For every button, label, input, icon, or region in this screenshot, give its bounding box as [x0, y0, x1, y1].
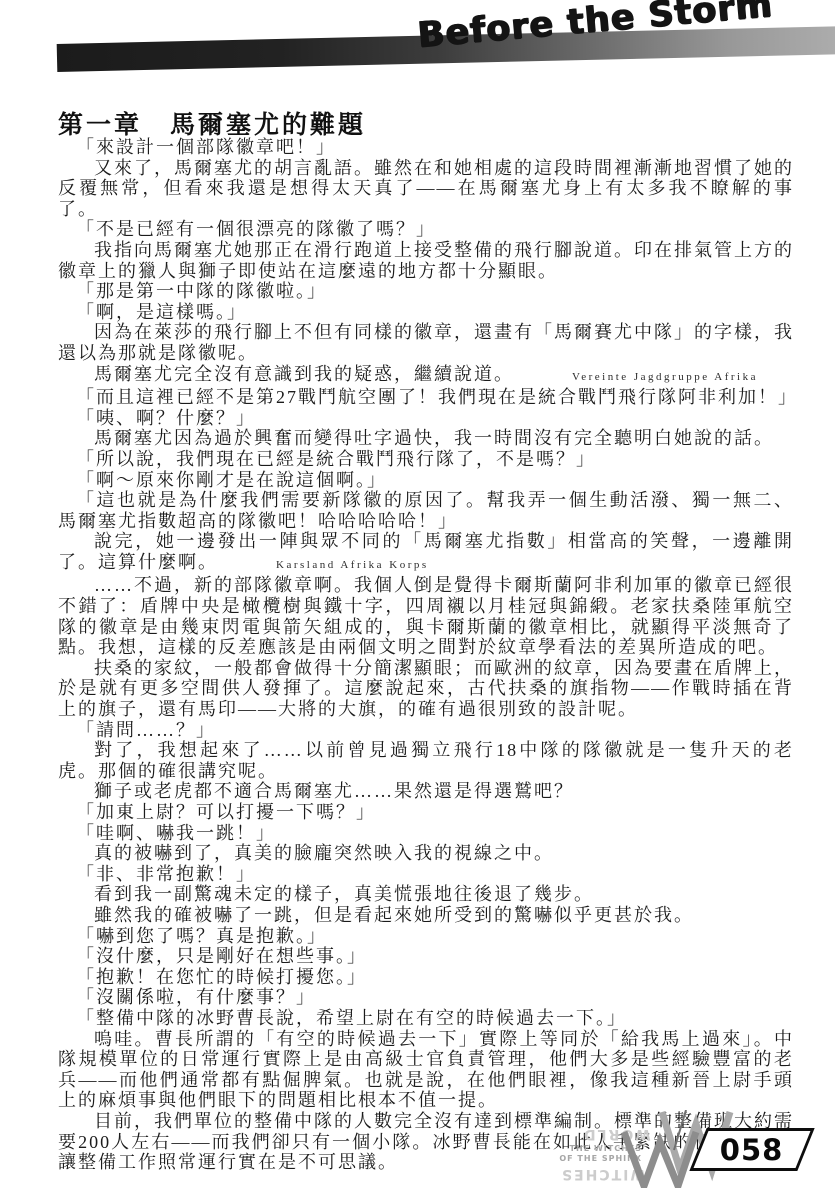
paragraph: 「而且這裡已經不是第27戰鬥航空團了！我們現在是統合戰鬥飛行隊阿非利加！」 [58, 387, 794, 408]
chapter-title: 第一章 馬爾塞尤的難題 [58, 105, 366, 141]
paragraph: 「哇啊、嚇我一跳！」 [58, 823, 794, 844]
paragraph: 雖然我的確被嚇了一跳，但是看起來她所受到的驚嚇似乎更甚於我。 [58, 905, 794, 926]
paragraph: 「加東上尉？可以打擾一下嗎？」 [58, 802, 794, 823]
latin-ruby-annotation: Vereinte Jagdgruppe Afrika [572, 371, 758, 383]
page-number: 058 [720, 1133, 784, 1167]
paragraph: 嗚哇。曹長所謂的「有空的時候過去一下」實際上等同於「給我馬上過來」。中隊規模單位… [58, 1029, 794, 1111]
paragraph: 「這也就是為什麼我們需要新隊徽的原因了。幫我弄一個生動活潑、獨一無二、馬爾塞尤指… [58, 490, 794, 531]
paragraph: 「來設計一個部隊徽章吧！」 [58, 137, 794, 158]
paragraph: 「那是第一中隊的隊徽啦。」 [58, 281, 794, 302]
body-text: 「來設計一個部隊徽章吧！」又來了，馬爾塞尤的胡言亂語。雖然在和她相處的這段時間裡… [58, 137, 794, 1173]
latin-ruby-annotation: Karsland Afrika Korps [276, 559, 429, 571]
paragraph: 因為在萊莎的飛行腳上不但有同樣的徽章，還畫有「馬爾賽尤中隊」的字樣，我還以為那就… [58, 322, 794, 363]
paragraph: 「咦、啊？什麼？」 [58, 408, 794, 429]
paragraph: 馬爾塞尤因為過於興奮而變得吐字過快，我一時間沒有完全聽明白她說的話。 [58, 428, 794, 449]
page-number-plate: 058 [689, 1128, 814, 1171]
footer-logo: WORLD WITCHES THE WITCHES OF THE SPHINX … [520, 1108, 820, 1193]
paragraph: 「啊～原來你剛才是在說這個啊。」 [58, 470, 794, 491]
paragraph: 「整備中隊的冰野曹長說，希望上尉在有空的時候過去一下。」 [58, 1008, 794, 1029]
paragraph: 「請問……？」 [58, 720, 794, 741]
paragraph: 扶桑的家紋，一般都會做得十分簡潔顯眼；而歐洲的紋章，因為要畫在盾牌上，於是就有更… [58, 658, 794, 720]
paragraph: 「啊，是這樣嗎。」 [58, 302, 794, 323]
paragraph: ……不過，新的部隊徽章啊。我個人倒是覺得卡爾斯蘭阿非利加軍的徽章已經很不錯了：盾… [58, 575, 794, 657]
paragraph: 「所以說，我們現在已經是統合戰鬥飛行隊了，不是嗎？」 [58, 449, 794, 470]
paragraph: 真的被嚇到了，真美的臉龐突然映入我的視線之中。 [58, 843, 794, 864]
paragraph: 「抱歉！在您忙的時候打擾您。」 [58, 967, 794, 988]
paragraph: 我指向馬爾塞尤她那正在滑行跑道上接受整備的飛行腳說道。印在排氣管上方的徽章上的獵… [58, 240, 794, 281]
paragraph: 「不是已經有一個很漂亮的隊徽了嗎？」 [58, 219, 794, 240]
paragraph: 「沒關係啦，有什麼事？」 [58, 987, 794, 1008]
paragraph: 「嚇到您了嗎？真是抱歉。」 [58, 926, 794, 947]
book-page: Before the Storm 第一章 馬爾塞尤的難題 「來設計一個部隊徽章吧… [0, 0, 835, 1200]
paragraph: 馬爾塞尤完全沒有意識到我的疑惑，繼續說道。Vereinte Jagdgruppe… [58, 364, 794, 388]
paragraph: 獅子或老虎都不適合馬爾塞尤……果然還是得選鷲吧？ [58, 781, 794, 802]
paragraph: 看到我一副驚魂未定的樣子，真美慌張地往後退了幾步。 [58, 884, 794, 905]
paragraph: 「沒什麼，只是剛好在想些事。」 [58, 946, 794, 967]
paragraph: 又來了，馬爾塞尤的胡言亂語。雖然在和她相處的這段時間裡漸漸地習慣了她的反覆無常，… [58, 158, 794, 220]
paragraph: 說完，她一邊發出一陣與眾不同的「馬爾塞尤指數」相當高的笑聲，一邊離開了。這算什麼… [58, 531, 794, 575]
paragraph: 「非、非常抱歉！」 [58, 864, 794, 885]
paragraph: 對了，我想起來了……以前曾見過獨立飛行18中隊的隊徽就是一隻升天的老虎。那個的確… [58, 740, 794, 781]
